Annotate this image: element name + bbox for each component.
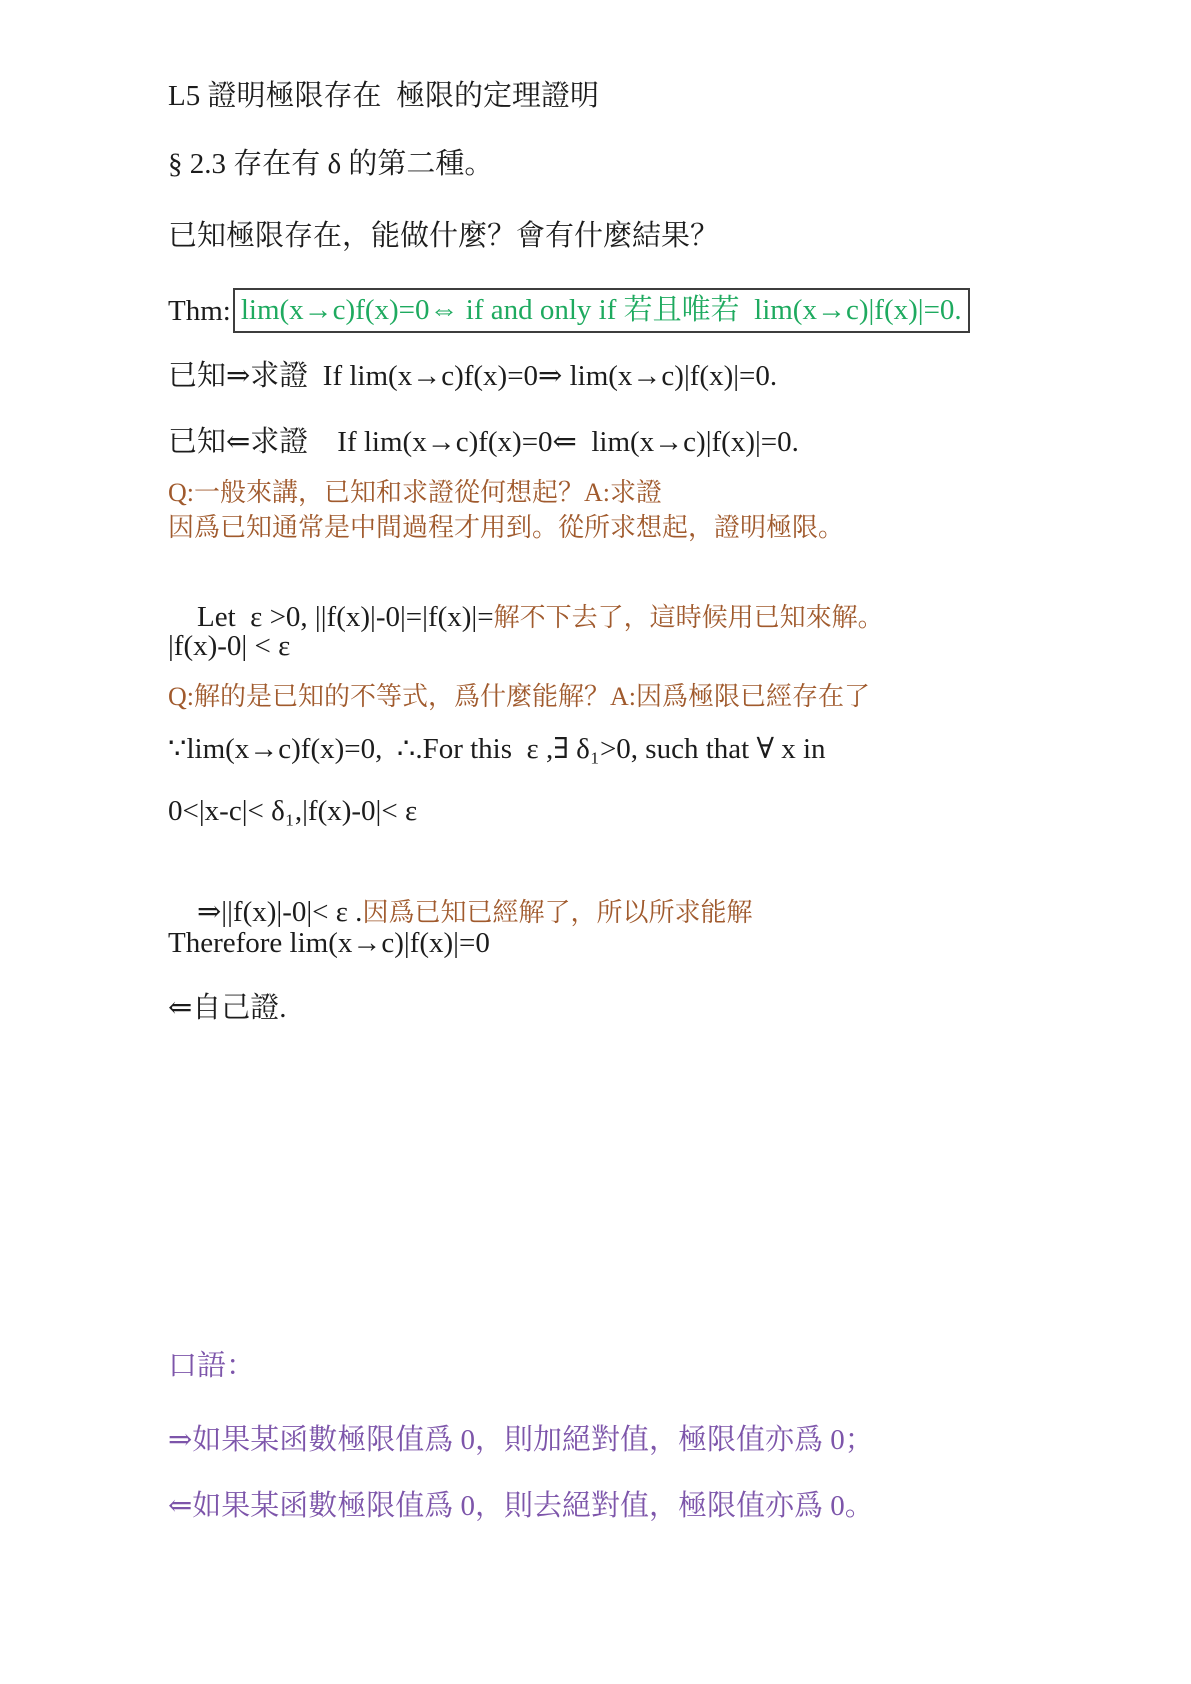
page-title: L5 證明極限存在 極限的定理證明 xyxy=(168,78,599,114)
theorem-line: Thm:lim(x→c)f(x)=0⇔ if and only if 若且唯若 … xyxy=(168,288,970,333)
qa1-question: Q:一般來講，已知和求證從何想起？A:求證 xyxy=(168,477,662,510)
therefore-line: Therefore lim(x→c)|f(x)|=0 xyxy=(168,925,490,961)
qa1-explanation: 因爲已知通常是中間過程才用到。從所求想起，證明極限。 xyxy=(168,512,844,545)
intro-question: 已知極限存在，能做什麼？會有什麼結果？ xyxy=(168,218,719,254)
section-heading: § 2.3 存在有 δ 的第二種。 xyxy=(168,146,493,182)
oral-point-forward: ⇒如果某函數極限值爲 0，則加絕對值，極限值亦爲 0； xyxy=(168,1422,874,1458)
because-therefore-line: ∵lim(x→c)f(x)=0, ∴.For this ε ,∃ δ₁>0, s… xyxy=(168,731,826,767)
backward-note: ⇐自己證. xyxy=(168,990,287,1026)
delta-inequality: 0<|x-c|< δ₁,|f(x)-0|< ε xyxy=(168,793,417,829)
forward-claim: 已知⇒求證 If lim(x→c)f(x)=0⇒ lim(x→c)|f(x)|=… xyxy=(168,358,777,394)
implies-math: ⇒||f(x)|-0|< ε . xyxy=(197,896,362,928)
qa2-line: Q:解的是已知的不等式，爲什麼能解？A:因爲極限已經存在了 xyxy=(168,681,870,714)
theorem-label: Thm: xyxy=(168,293,231,329)
document-page: L5 證明極限存在 極限的定理證明 § 2.3 存在有 δ 的第二種。 已知極限… xyxy=(0,0,1191,1684)
let-epsilon-note: 解不下去了，這時候用已知來解。 xyxy=(494,603,884,632)
abs-inequality: |f(x)-0| < ε xyxy=(168,628,290,664)
theorem-boxed-statement: lim(x→c)f(x)=0⇔ if and only if 若且唯若 lim(… xyxy=(233,288,970,333)
implies-note: 因爲已知已經解了，所以所求能解 xyxy=(362,898,752,927)
backward-claim: 已知⇐求證 If lim(x→c)f(x)=0⇐ lim(x→c)|f(x)|=… xyxy=(168,424,799,460)
oral-heading: 口語： xyxy=(168,1348,255,1384)
oral-point-backward: ⇐如果某函數極限值爲 0，則去絕對值，極限值亦爲 0。 xyxy=(168,1488,874,1524)
